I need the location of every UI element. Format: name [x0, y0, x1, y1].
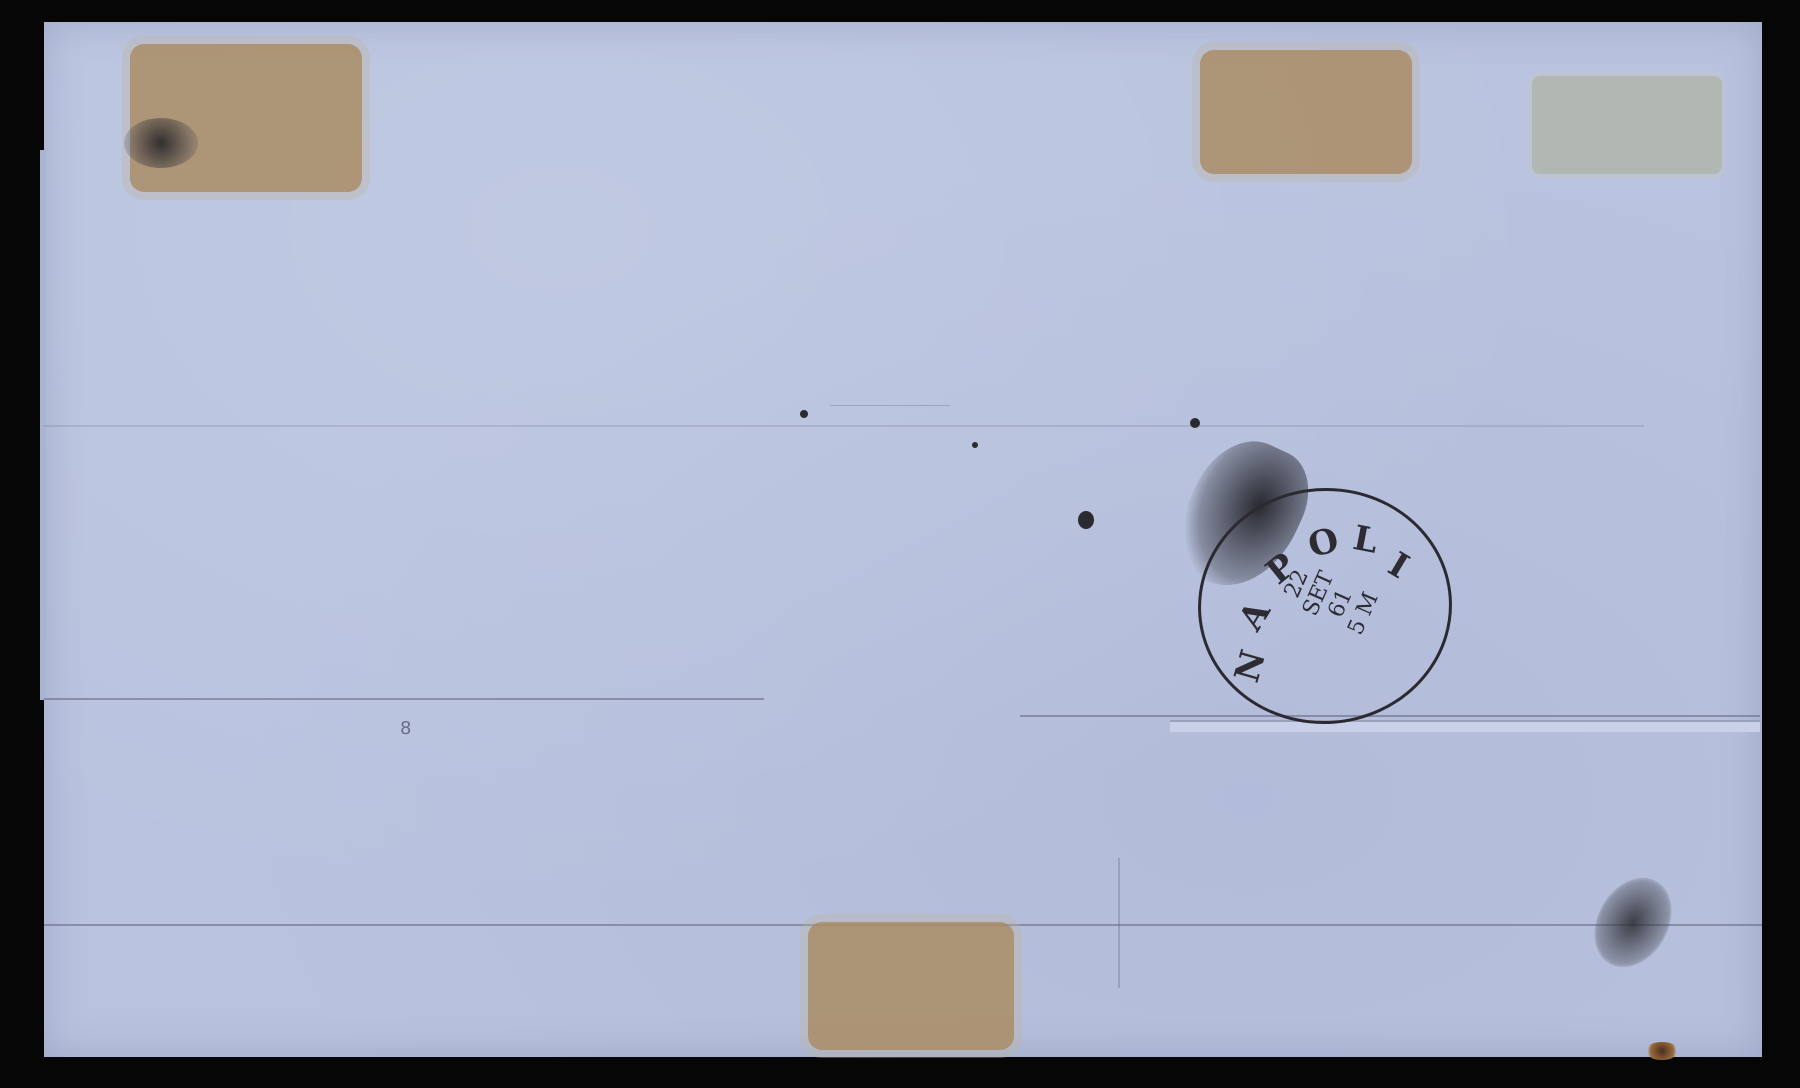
- rust-stain: [1645, 1042, 1679, 1060]
- hinge-remnant-bottom: [808, 922, 1014, 1050]
- ink-dot: [1190, 418, 1200, 428]
- ink-dot: [1078, 511, 1094, 529]
- fold-line-faint: [44, 425, 1644, 427]
- hinge-remnant-far-right: [1532, 76, 1722, 174]
- fold-line-middle: [44, 698, 764, 700]
- hinge-remnant-top-right: [1200, 50, 1412, 174]
- pencil-note: 8: [400, 718, 411, 739]
- postmark-letter-n: N: [1227, 646, 1274, 687]
- ink-dot: [800, 410, 808, 418]
- ink-dot: [972, 442, 978, 448]
- pencil-stroke: [830, 405, 950, 406]
- fold-crease-vertical: [1118, 858, 1120, 988]
- ink-smudge-top-left: [124, 118, 198, 168]
